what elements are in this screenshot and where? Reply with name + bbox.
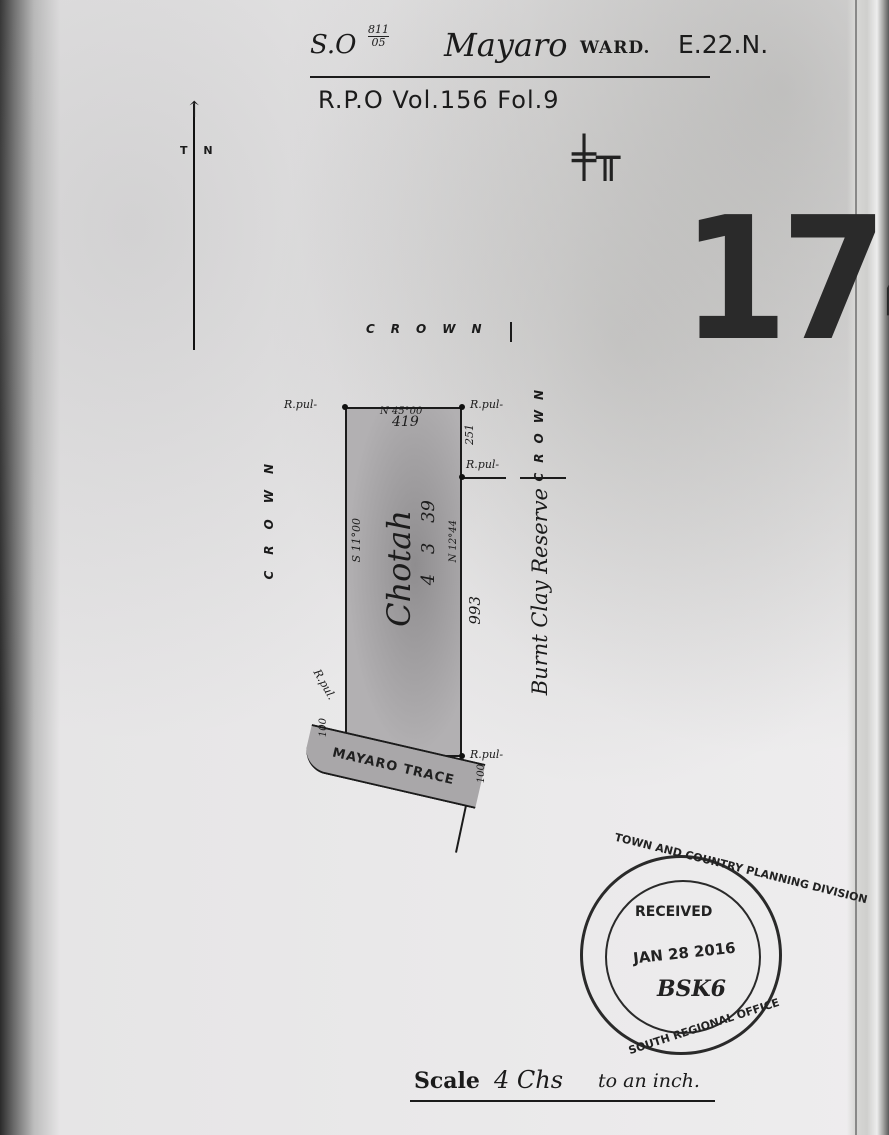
survey-order-prefix: S.O xyxy=(310,30,356,60)
stamp-status: RECEIVED xyxy=(635,904,712,920)
scale-suffix: to an inch. xyxy=(598,1070,700,1092)
north-arrow-shaft xyxy=(193,104,195,350)
boundary-west: CROWN xyxy=(262,448,276,580)
header-rule xyxy=(310,76,710,78)
hand-mark: ╪╥ xyxy=(572,135,620,181)
survey-order-fraction: 811 05 xyxy=(368,24,389,49)
peg-label-bottom-right: R.pul- xyxy=(470,748,503,761)
boundary-north: CROWN xyxy=(366,322,498,336)
scale-label: Scale xyxy=(414,1068,480,1094)
road-width-right: 100 xyxy=(476,764,487,783)
right-length: 993 xyxy=(466,596,484,625)
section-reference: E.22.N. xyxy=(678,30,768,59)
peg-top-right xyxy=(459,404,465,410)
road-width-left: 100 xyxy=(318,718,329,737)
peg-top-left xyxy=(342,404,348,410)
scale-value: 4 Chs xyxy=(494,1066,563,1094)
margin-rule xyxy=(855,0,857,1135)
file-number: 174 xyxy=(682,195,889,365)
reserve-line xyxy=(520,477,566,479)
ward-name: Mayaro xyxy=(444,26,568,64)
north-label: T N xyxy=(180,144,219,157)
left-bearing: S 11°00 xyxy=(350,518,363,563)
owner-name: Chotah xyxy=(380,510,418,627)
stamp-initials: BSK6 xyxy=(657,976,726,1002)
offset-line xyxy=(462,477,506,479)
ward-suffix: WARD. xyxy=(580,38,650,58)
peg-label-top-left: R.pul- xyxy=(284,398,317,411)
top-length: 419 xyxy=(392,414,419,430)
received-stamp: TOWN AND COUNTRY PLANNING DIVISION SOUTH… xyxy=(580,855,782,1055)
boundary-east-upper: CROWN xyxy=(532,380,546,482)
binding-edge xyxy=(847,0,889,1135)
peg-right-mid xyxy=(459,474,465,480)
registration-reference: R.P.O Vol.156 Fol.9 xyxy=(318,86,560,114)
scale-underline xyxy=(410,1100,715,1102)
north-arrow-icon: ↑ xyxy=(185,100,203,122)
parcel-area: 4 3 39 xyxy=(418,500,439,585)
right-upper-length: 251 xyxy=(463,424,476,445)
boundary-tick xyxy=(510,322,512,342)
boundary-east-lower: Burnt Clay Reserve xyxy=(528,488,552,695)
peg-label-right-mid: R.pul- xyxy=(466,458,499,471)
peg-label-top-right: R.pul- xyxy=(470,398,503,411)
right-bearing: N 12°44 xyxy=(448,520,459,562)
